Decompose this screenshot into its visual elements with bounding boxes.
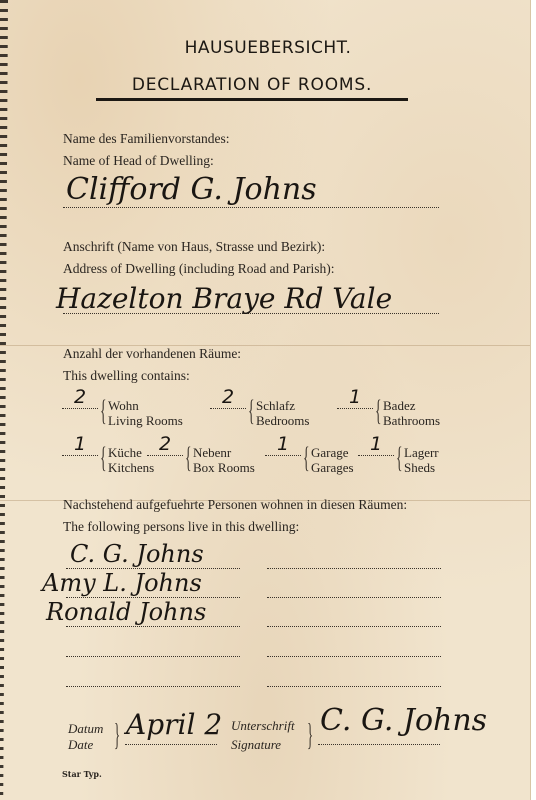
date-label-german: Datum [68,721,103,737]
room-brace: { [185,443,191,473]
room-label-german: Garage [311,445,354,460]
room-count-field[interactable]: 1 [337,390,373,405]
room-count-field[interactable]: 1 [62,437,98,452]
title-german: HAUSUEBERSICHT. [0,38,536,58]
rooms-label-german: Anzahl der vorhandenen Räume: [63,346,241,362]
person-line [267,597,441,598]
room-brace: { [396,443,402,473]
room-brace: { [100,443,106,473]
room-count-line [147,455,183,456]
persons-label-german: Nachstehend aufgefuehrte Personen wohnen… [63,497,407,513]
room-brace: { [375,396,381,426]
room-label-english: Box Rooms [193,460,255,475]
room-count-field[interactable]: 1 [358,437,394,452]
person-name-field[interactable]: C. G. Johns [70,540,204,568]
room-label-english: Bedrooms [256,413,309,428]
date-field[interactable]: April 2 [126,708,222,741]
room-brace: { [100,396,106,426]
person-line [267,686,441,687]
title-english: DECLARATION OF ROOMS. [96,75,408,101]
room-label: GarageGarages [311,445,354,475]
signature-label-german: Unterschrift [231,718,295,734]
date-brace: } [114,716,120,753]
room-label-english: Kitchens [108,460,154,475]
declaration-form-page: HAUSUEBERSICHT. DECLARATION OF ROOMS. Na… [0,0,531,800]
room-count-field[interactable]: 2 [147,437,183,452]
person-name-field[interactable]: Ronald Johns [46,598,206,626]
person-line [66,656,240,657]
room-label-english: Garages [311,460,354,475]
room-count-line [337,408,373,409]
room-brace: { [303,443,309,473]
person-line [267,568,441,569]
room-label-english: Sheds [404,460,439,475]
room-count-line [358,455,394,456]
room-count-line [210,408,246,409]
date-line [125,744,217,745]
rooms-label-english: This dwelling contains: [63,368,190,384]
person-name-field[interactable]: Amy L. Johns [42,569,202,597]
head-label-english: Name of Head of Dwelling: [63,153,214,169]
person-line [66,626,240,627]
person-line [267,626,441,627]
room-label-english: Bathrooms [383,413,440,428]
address-label-english: Address of Dwelling (including Road and … [63,261,334,277]
room-count-line [265,455,301,456]
room-count-line [62,455,98,456]
head-name-field[interactable]: Clifford G. Johns [66,172,317,207]
room-label-german: Wohn [108,398,183,413]
room-count-field[interactable]: 2 [210,390,246,405]
signature-label-english: Signature [231,737,281,753]
room-count-field[interactable]: 2 [62,390,98,405]
signature-line [318,744,440,745]
room-label: BadezBathrooms [383,398,440,428]
date-label-english: Date [68,737,93,753]
address-label-german: Anschrift (Name von Haus, Strasse und Be… [63,239,325,255]
room-label-english: Living Rooms [108,413,183,428]
head-name-line [63,207,439,208]
room-label: NebenrBox Rooms [193,445,255,475]
persons-label-english: The following persons live in this dwell… [63,519,299,535]
printer-mark: Star Typ. [62,769,102,779]
person-line [267,656,441,657]
person-line [66,686,240,687]
perforated-edge [0,0,8,800]
room-label-german: Schlafz [256,398,309,413]
room-count-line [62,408,98,409]
room-label-german: Badez [383,398,440,413]
room-brace: { [248,396,254,426]
room-count-field[interactable]: 1 [265,437,301,452]
room-label: WohnLiving Rooms [108,398,183,428]
room-label-german: Nebenr [193,445,255,460]
room-label-german: Lagerr [404,445,439,460]
signature-brace: } [307,716,313,753]
room-label: SchlafzBedrooms [256,398,309,428]
head-label-german: Name des Familienvorstandes: [63,131,229,147]
signature-field[interactable]: C. G. Johns [320,703,487,738]
room-label: LagerrSheds [404,445,439,475]
address-field[interactable]: Hazelton Braye Rd Vale [56,282,392,315]
